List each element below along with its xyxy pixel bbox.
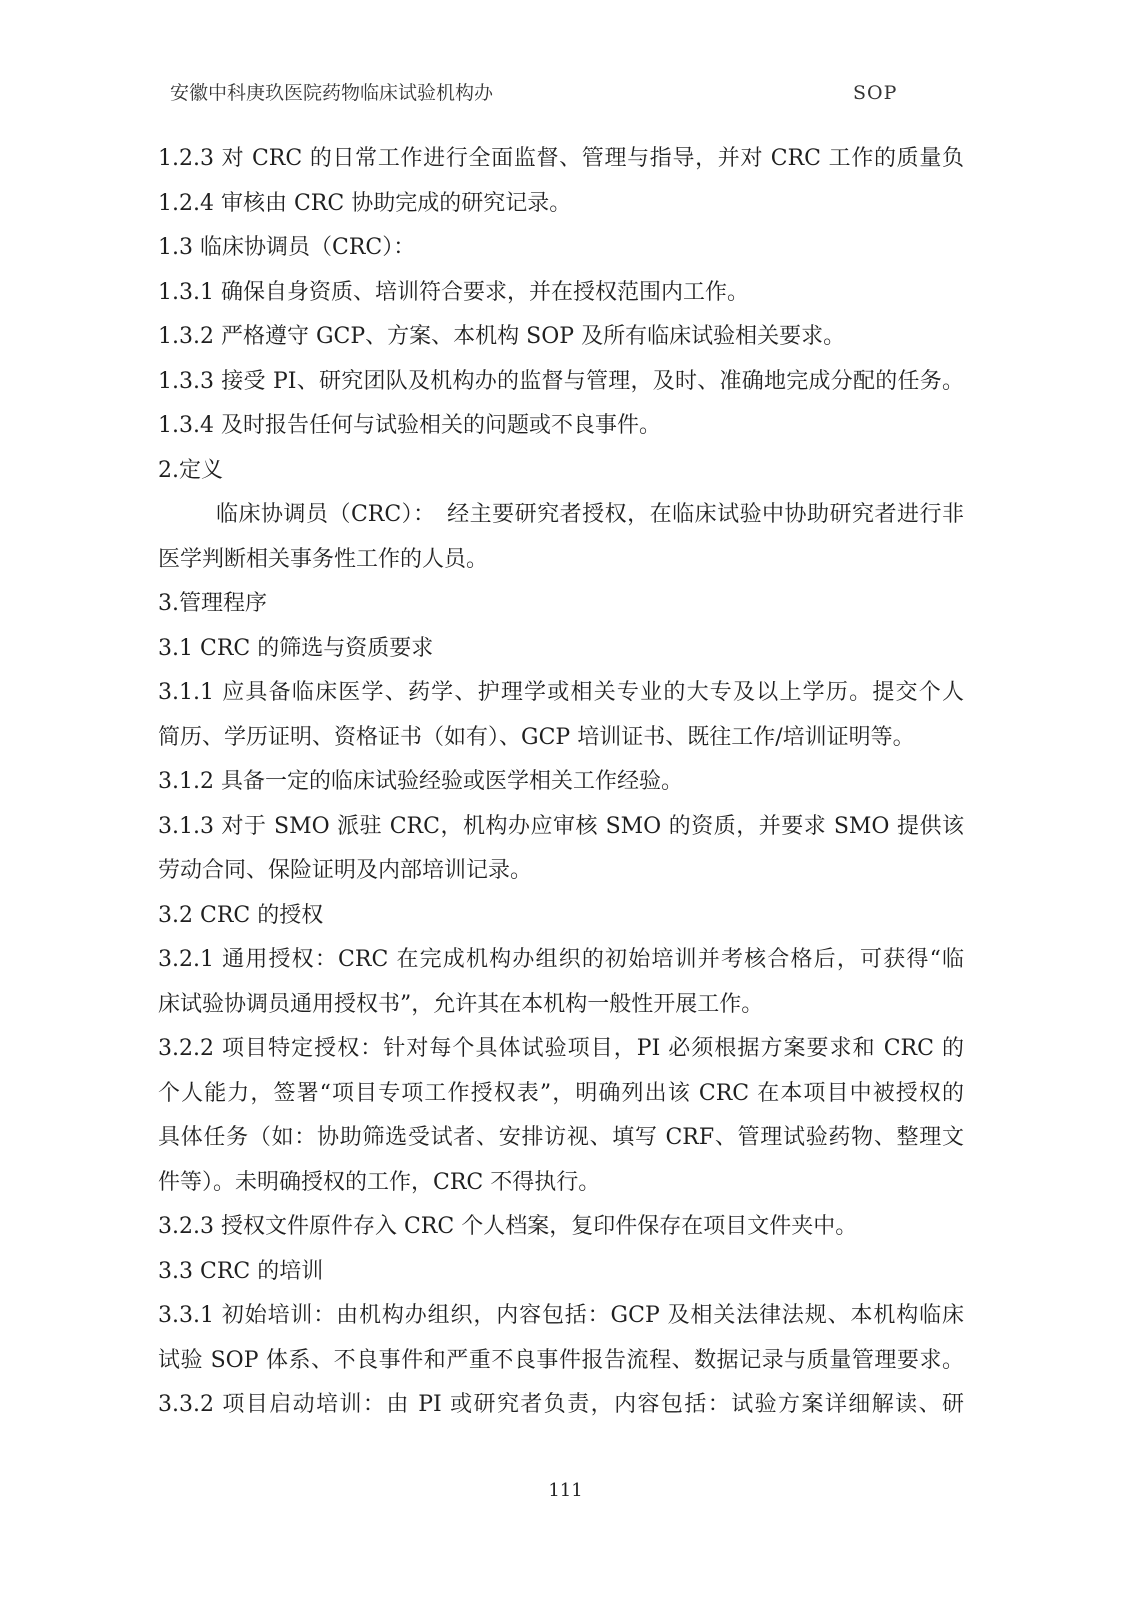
document-page: 安徽中科庚玖医院药物临床试验机构办 SOP 1.2.3 对 CRC 的日常工作进… — [0, 0, 1131, 1600]
text-line: 1.3.4 及时报告任何与试验相关的问题或不良事件。 — [158, 404, 964, 449]
text-line: 个人能力，签署“项目专项工作授权表”，明确列出该 CRC 在本项目中被授权的 — [158, 1072, 964, 1117]
header-institution-name: 安徽中科庚玖医院药物临床试验机构办 — [170, 80, 493, 106]
text-line: 3.1 CRC 的筛选与资质要求 — [158, 627, 964, 672]
text-line: 劳动合同、保险证明及内部培训记录。 — [158, 849, 964, 894]
text-line: 3.2.1 通用授权：CRC 在完成机构办组织的初始培训并考核合格后，可获得“临 — [158, 938, 964, 983]
page-footer: 111 — [0, 1480, 1131, 1501]
header-doc-type: SOP — [853, 80, 897, 106]
text-line: 临床协调员（CRC）： 经主要研究者授权，在临床试验中协助研究者进行非 — [158, 493, 964, 538]
text-line: 简历、学历证明、资格证书（如有）、GCP 培训证书、既往工作/培训证明等。 — [158, 716, 964, 761]
text-line: 试验 SOP 体系、不良事件和严重不良事件报告流程、数据记录与质量管理要求。 — [158, 1339, 964, 1384]
text-line: 3.3 CRC 的培训 — [158, 1250, 964, 1295]
text-line: 3.2 CRC 的授权 — [158, 894, 964, 939]
text-line: 3.3.2 项目启动培训：由 PI 或研究者负责，内容包括：试验方案详细解读、研 — [158, 1383, 964, 1428]
text-line: 3.1.1 应具备临床医学、药学、护理学或相关专业的大专及以上学历。提交个人 — [158, 671, 964, 716]
text-line: 2.定义 — [158, 449, 964, 494]
text-line: 3.3.1 初始培训：由机构办组织，内容包括：GCP 及相关法律法规、本机构临床 — [158, 1294, 964, 1339]
text-line: 1.2.3 对 CRC 的日常工作进行全面监督、管理与指导，并对 CRC 工作的… — [158, 137, 964, 182]
text-line: 1.2.4 审核由 CRC 协助完成的研究记录。 — [158, 182, 964, 227]
text-line: 3.2.3 授权文件原件存入 CRC 个人档案，复印件保存在项目文件夹中。 — [158, 1205, 964, 1250]
text-line: 1.3.3 接受 PI、研究团队及机构办的监督与管理，及时、准确地完成分配的任务… — [158, 360, 964, 405]
text-line: 1.3.1 确保自身资质、培训符合要求，并在授权范围内工作。 — [158, 271, 964, 316]
text-line: 1.3.2 严格遵守 GCP、方案、本机构 SOP 及所有临床试验相关要求。 — [158, 315, 964, 360]
text-line: 3.管理程序 — [158, 582, 964, 627]
text-line: 1.3 临床协调员（CRC）： — [158, 226, 964, 271]
document-body: 1.2.3 对 CRC 的日常工作进行全面监督、管理与指导，并对 CRC 工作的… — [158, 137, 964, 1428]
text-line: 床试验协调员通用授权书”，允许其在本机构一般性开展工作。 — [158, 983, 964, 1028]
text-line: 具体任务（如：协助筛选受试者、安排访视、填写 CRF、管理试验药物、整理文 — [158, 1116, 964, 1161]
page-number: 111 — [548, 1480, 582, 1501]
text-line: 件等）。未明确授权的工作，CRC 不得执行。 — [158, 1161, 964, 1206]
page-header: 安徽中科庚玖医院药物临床试验机构办 SOP — [0, 80, 1131, 106]
text-line: 3.2.2 项目特定授权：针对每个具体试验项目，PI 必须根据方案要求和 CRC… — [158, 1027, 964, 1072]
text-line: 医学判断相关事务性工作的人员。 — [158, 538, 964, 583]
text-line: 3.1.3 对于 SMO 派驻 CRC，机构办应审核 SMO 的资质，并要求 S… — [158, 805, 964, 850]
text-line: 3.1.2 具备一定的临床试验经验或医学相关工作经验。 — [158, 760, 964, 805]
